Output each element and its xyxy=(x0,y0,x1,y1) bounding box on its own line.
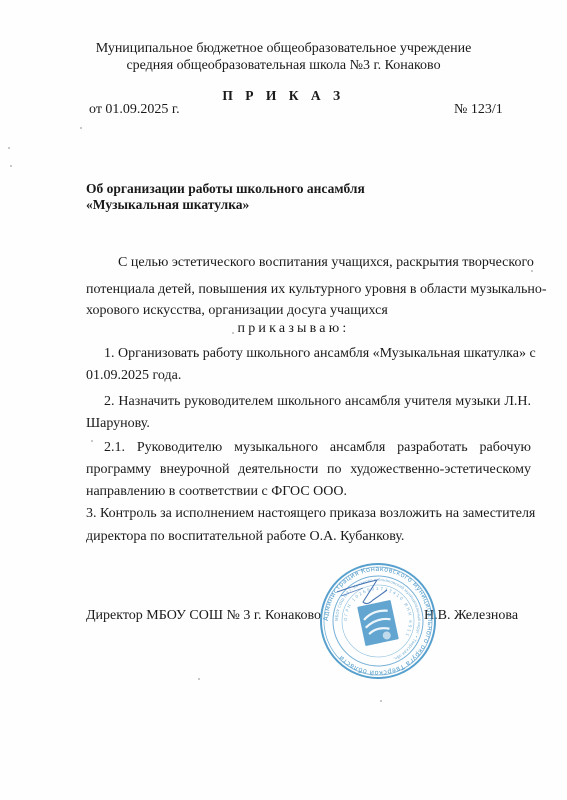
order-date: от 01.09.2025 г. xyxy=(89,101,180,119)
scan-speck xyxy=(10,165,12,167)
scan-speck xyxy=(91,440,93,442)
subject-line2: «Музыкальная шкатулка» xyxy=(86,196,249,213)
preamble-line1: С целью эстетического воспитания учащихс… xyxy=(118,254,531,272)
official-stamp-icon: Администрация Конаковского муниципальног… xyxy=(319,562,437,680)
item-1-line2: 01.09.2025 года. xyxy=(86,367,181,385)
document-page: Муниципальное бюджетное общеобразователь… xyxy=(0,0,567,800)
preamble-line3: хорового искусства, организации досуга у… xyxy=(86,302,388,320)
order-word: приказываю: xyxy=(10,320,567,338)
institution-name-line2: средняя общеобразовательная школа №3 г. … xyxy=(0,57,567,75)
item-2-1-line2: программу внеурочной деятельности по худ… xyxy=(86,461,531,479)
signature-name: Н.В. Железнова xyxy=(424,607,518,625)
item-3-line2: директора по воспитательной работе О.А. … xyxy=(86,528,404,546)
item-2-1-line3: направлению в соответствии с ФГОС ООО. xyxy=(86,483,347,501)
item-1-line1: 1. Организовать работу школьного ансамбл… xyxy=(104,345,531,363)
item-2-line2: Шарунову. xyxy=(86,415,150,433)
item-2-1-line1: 2.1. Руководителю музыкального ансамбля … xyxy=(104,439,531,457)
order-number: № 123/1 xyxy=(454,101,503,119)
item-2-line1: 2. Назначить руководителем школьного анс… xyxy=(104,393,531,411)
institution-name-line1: Муниципальное бюджетное общеобразователь… xyxy=(0,40,567,58)
signature-position: Директор МБОУ СОШ № 3 г. Конаково xyxy=(86,607,321,625)
scan-speck xyxy=(232,332,234,334)
scan-speck xyxy=(531,270,533,272)
item-3-line1: 3. Контроль за исполнением настоящего пр… xyxy=(86,505,535,523)
scan-speck xyxy=(80,127,82,129)
preamble-line2: потенциала детей, повышения их культурно… xyxy=(86,281,531,299)
scan-speck xyxy=(380,700,382,702)
subject-line1: Об организации работы школьного ансамбля xyxy=(86,180,365,197)
scan-speck xyxy=(8,147,10,149)
scan-speck xyxy=(198,678,200,680)
